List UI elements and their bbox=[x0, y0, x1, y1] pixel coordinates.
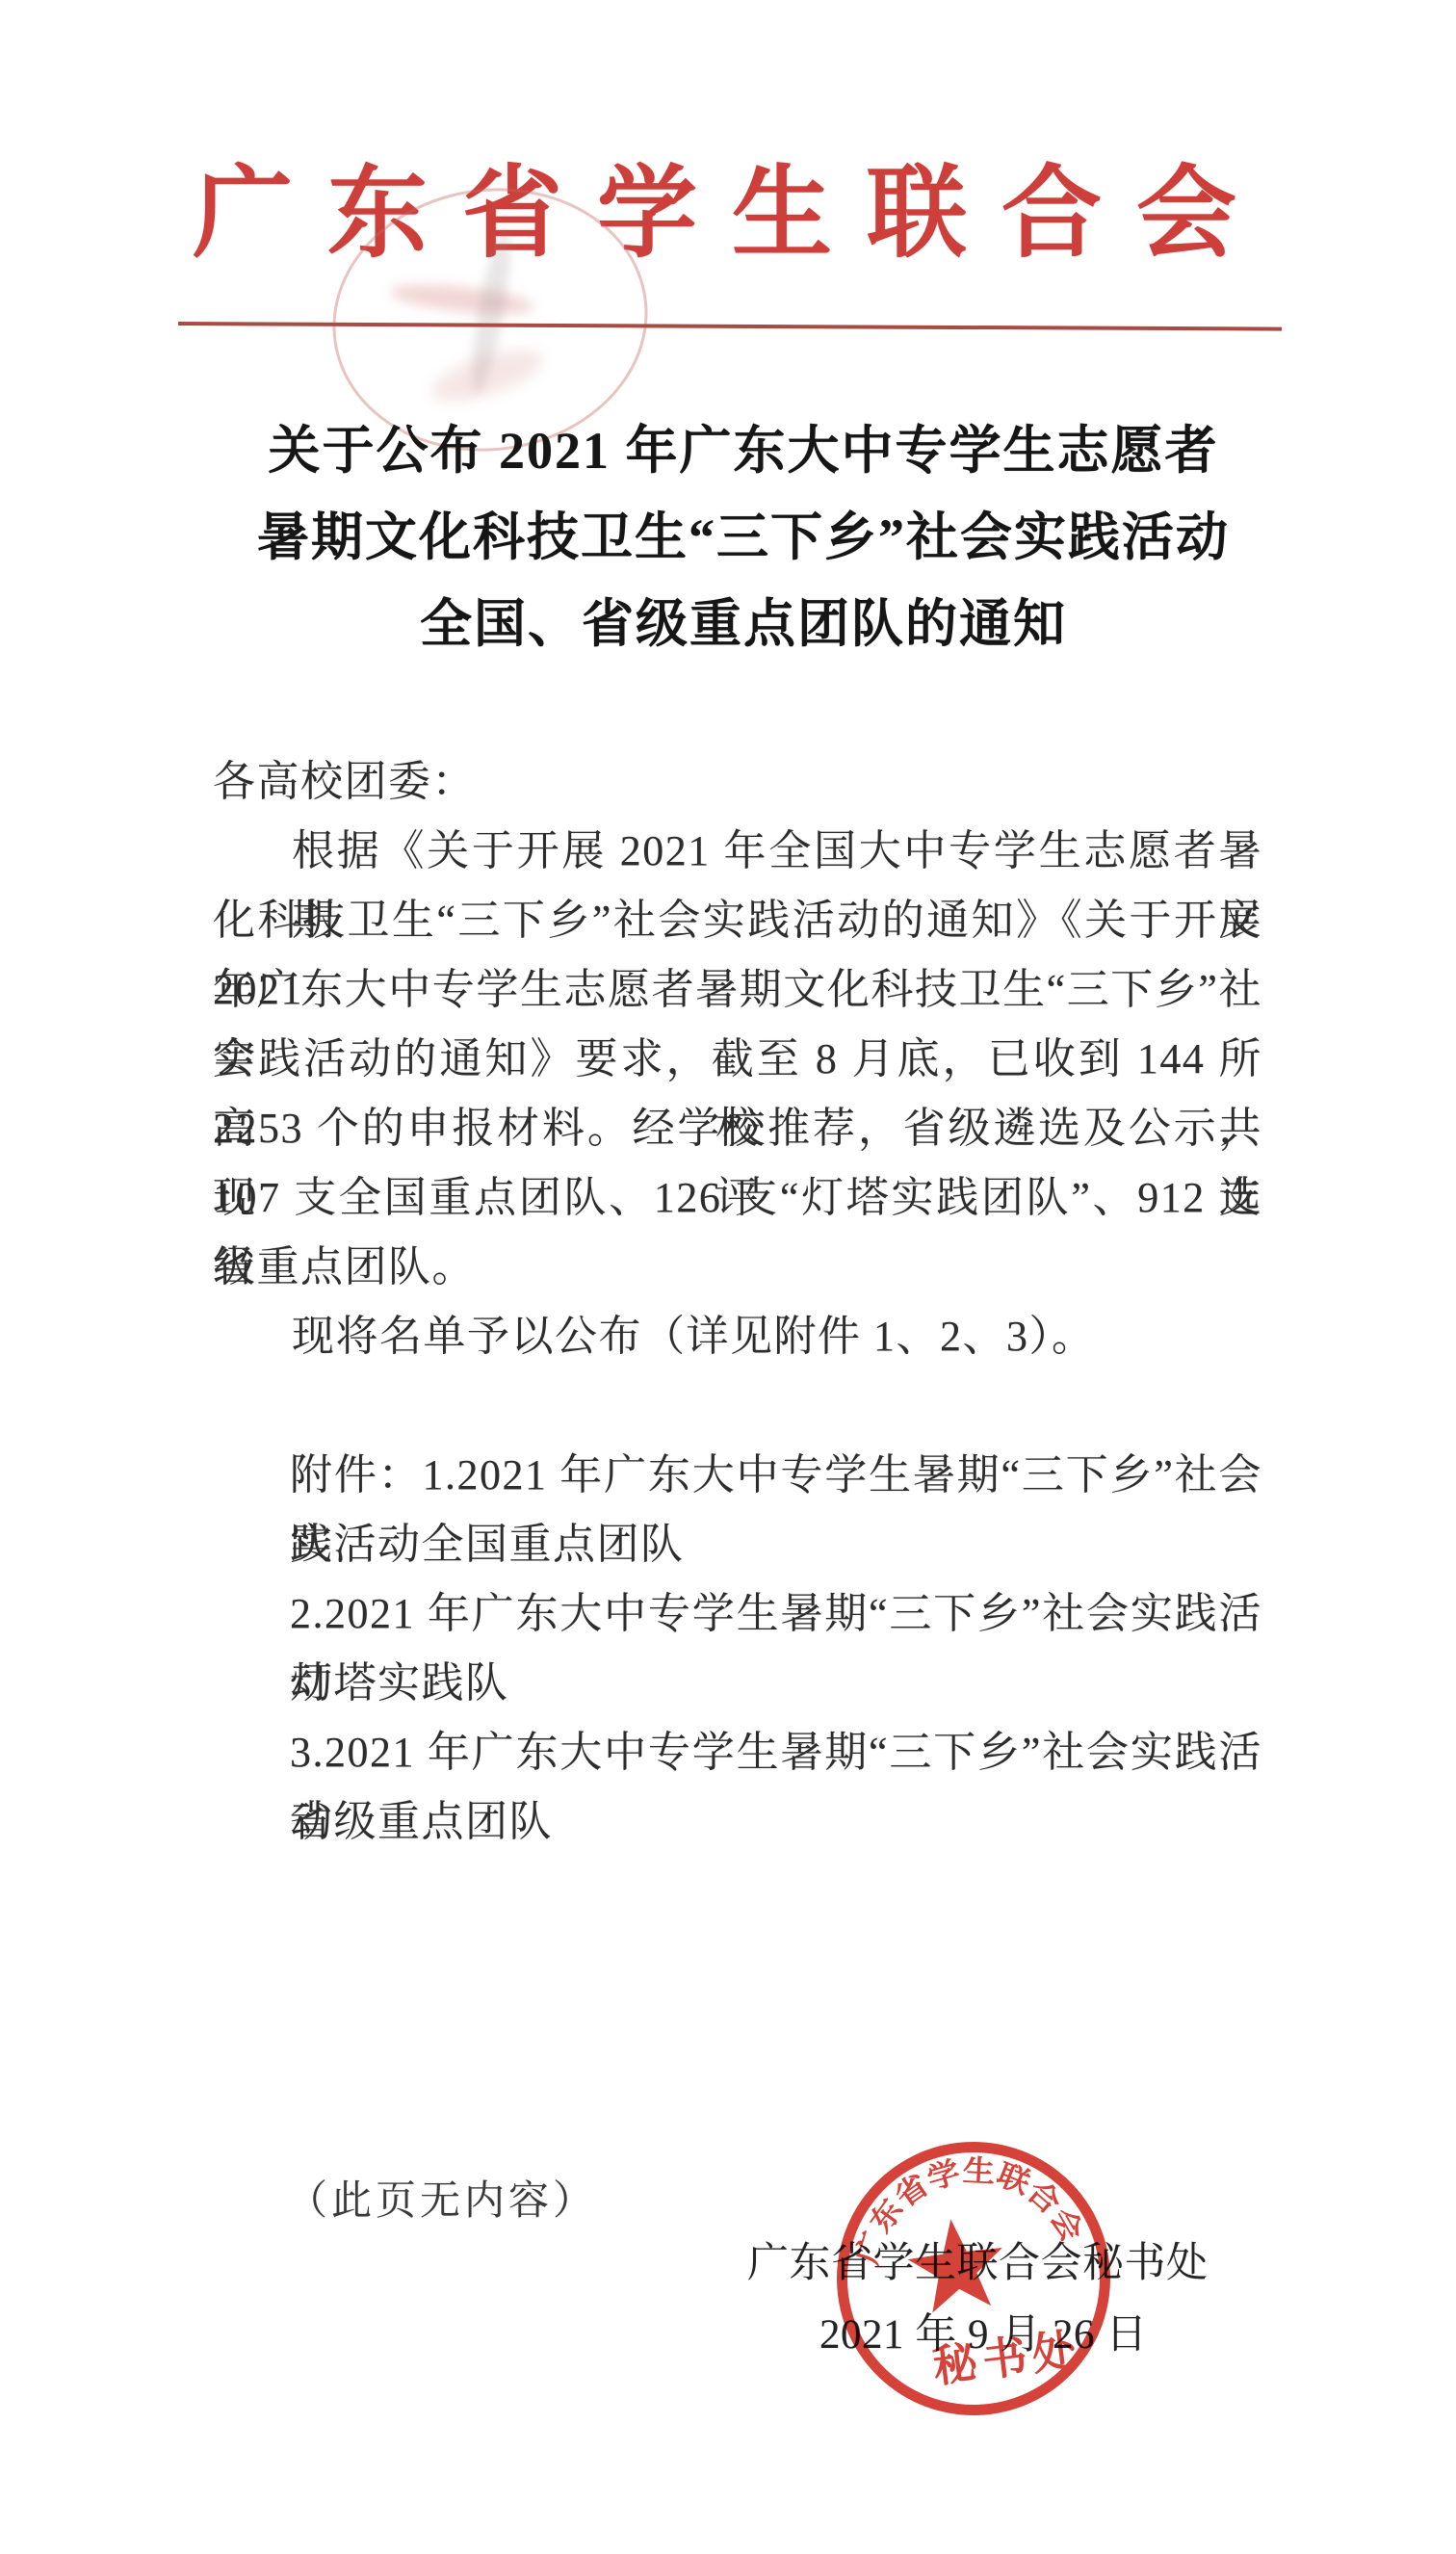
official-stamp-icon: 广东省学生联合会 秘书处 bbox=[819, 2130, 1128, 2431]
attachment-line: 附件：1.2021 年广东大中专学生暑期“三下乡”社会实 bbox=[290, 1441, 1262, 1510]
attachment-list: 附件：1.2021 年广东大中专学生暑期“三下乡”社会实 践活动全国重点团队 2… bbox=[290, 1441, 1262, 1857]
attachment-line: 3.2021 年广东大中专学生暑期“三下乡”社会实践活动 bbox=[290, 1718, 1262, 1787]
body-line: 107 支全国重点团队、126 支“灯塔实践团队”、912 支省 bbox=[213, 1163, 1262, 1233]
body-line: 实践活动的通知》要求，截至 8 月底，已收到 144 所高校共 bbox=[213, 1025, 1262, 1094]
seal-smudge bbox=[389, 279, 535, 320]
doc-title-line-1: 关于公布 2021 年广东大中专学生志愿者 bbox=[31, 407, 1456, 494]
body-line: 现将名单予以公布（详见附件 1、2、3）。 bbox=[213, 1302, 1262, 1371]
attachment-line: 省级重点团队 bbox=[290, 1787, 1262, 1857]
body-line: 2253 个的申报材料。经学校推荐，省级遴选及公示，现评选 bbox=[213, 1094, 1262, 1163]
no-content-note: （此页无内容） bbox=[287, 2169, 597, 2227]
attachment-line: 灯塔实践队 bbox=[290, 1649, 1262, 1718]
body-line: 根据《关于开展 2021 年全国大中专学生志愿者暑期文 bbox=[213, 817, 1262, 886]
doc-title-line-3: 全国、省级重点团队的通知 bbox=[31, 581, 1456, 667]
document-page: 广东省学生联合会 关于公布 2021 年广东大中专学生志愿者 暑期文化科技卫生“… bbox=[0, 0, 1456, 2554]
doc-title: 关于公布 2021 年广东大中专学生志愿者 暑期文化科技卫生“三下乡”社会实践活… bbox=[0, 407, 1456, 667]
attachment-line: 践活动全国重点团队 bbox=[290, 1510, 1262, 1579]
stamp-star-icon bbox=[903, 2213, 1009, 2314]
body-line: 年广东大中专学生志愿者暑期文化科技卫生“三下乡”社会 bbox=[213, 955, 1262, 1025]
attachment-line: 2.2021 年广东大中专学生暑期“三下乡”社会实践活动 bbox=[290, 1579, 1262, 1649]
doc-title-line-2: 暑期文化科技卫生“三下乡”社会实践活动 bbox=[31, 494, 1456, 581]
body-line: 化科技卫生“三下乡”社会实践活动的通知》《关于开展 2021 bbox=[213, 886, 1262, 955]
salutation: 各高校团委： bbox=[213, 747, 1262, 817]
body-line: 级重点团队。 bbox=[213, 1233, 1262, 1302]
body-text: 各高校团委： 根据《关于开展 2021 年全国大中专学生志愿者暑期文 化科技卫生… bbox=[213, 747, 1262, 1371]
letterhead-org-name: 广东省学生联合会 bbox=[193, 157, 1271, 273]
